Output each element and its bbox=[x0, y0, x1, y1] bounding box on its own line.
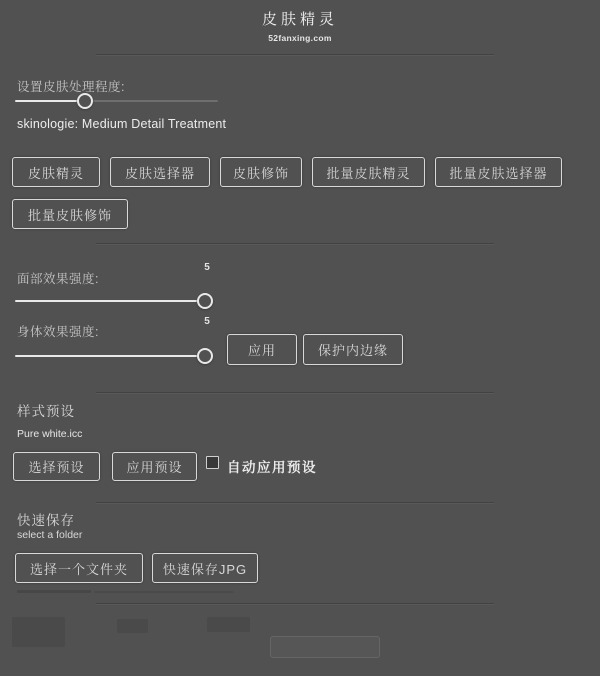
face-strength-label: 面部效果强度: bbox=[17, 269, 99, 287]
body-strength-value: 5 bbox=[199, 316, 215, 327]
ghost-button bbox=[270, 636, 380, 658]
current-preset-name: Pure white.icc bbox=[17, 428, 82, 440]
auto-apply-label: 自动应用预设 bbox=[227, 456, 317, 476]
slider-track-empty[interactable] bbox=[93, 100, 218, 102]
button-shadow bbox=[17, 590, 91, 593]
batch-skin-retouch-button[interactable]: 批量皮肤修饰 bbox=[12, 199, 128, 229]
body-strength-slider[interactable] bbox=[15, 348, 213, 364]
slider-handle[interactable] bbox=[197, 348, 213, 364]
skin-selector-button[interactable]: 皮肤选择器 bbox=[110, 157, 210, 187]
skin-retouch-panel: 皮肤精灵 52fanxing.com 设置皮肤处理程度: skinologie:… bbox=[0, 0, 600, 676]
auto-apply-checkbox[interactable] bbox=[206, 456, 219, 469]
batch-skin-selector-button[interactable]: 批量皮肤选择器 bbox=[435, 157, 562, 187]
slider-handle[interactable] bbox=[197, 293, 213, 309]
ghost-block bbox=[12, 617, 65, 647]
folder-hint: select a folder bbox=[17, 529, 82, 541]
apply-button[interactable]: 应用 bbox=[227, 334, 297, 365]
ghost-block bbox=[207, 617, 250, 632]
choose-folder-button[interactable]: 选择一个文件夹 bbox=[15, 553, 143, 583]
ghost-block bbox=[117, 619, 148, 633]
protect-edges-button[interactable]: 保护内边缘 bbox=[303, 334, 403, 365]
batch-skin-spirit-button[interactable]: 批量皮肤精灵 bbox=[312, 157, 425, 187]
save-section-heading: 快速保存 bbox=[17, 509, 75, 529]
page-title: 皮肤精灵 bbox=[0, 8, 600, 29]
divider bbox=[96, 392, 494, 393]
divider bbox=[96, 603, 494, 604]
save-jpg-button[interactable]: 快速保存JPG bbox=[152, 553, 258, 583]
apply-preset-button[interactable]: 应用预设 bbox=[112, 452, 197, 481]
brand-url: 52fanxing.com bbox=[0, 33, 600, 43]
divider bbox=[96, 54, 494, 55]
choose-preset-button[interactable]: 选择预设 bbox=[13, 452, 100, 481]
face-strength-value: 5 bbox=[199, 262, 215, 273]
button-shadow bbox=[94, 591, 234, 593]
degree-slider[interactable] bbox=[15, 93, 218, 109]
skin-spirit-button[interactable]: 皮肤精灵 bbox=[12, 157, 100, 187]
divider bbox=[96, 502, 494, 503]
divider bbox=[96, 243, 494, 244]
body-strength-label: 身体效果强度: bbox=[17, 322, 99, 340]
degree-status: skinologie: Medium Detail Treatment bbox=[17, 117, 226, 131]
face-strength-slider[interactable] bbox=[15, 293, 213, 309]
slider-track-filled[interactable] bbox=[15, 300, 197, 302]
slider-handle[interactable] bbox=[77, 93, 93, 109]
skin-retouch-button[interactable]: 皮肤修饰 bbox=[220, 157, 302, 187]
slider-track-filled[interactable] bbox=[15, 355, 197, 357]
slider-track-filled[interactable] bbox=[15, 100, 77, 102]
preset-section-heading: 样式预设 bbox=[17, 400, 75, 420]
